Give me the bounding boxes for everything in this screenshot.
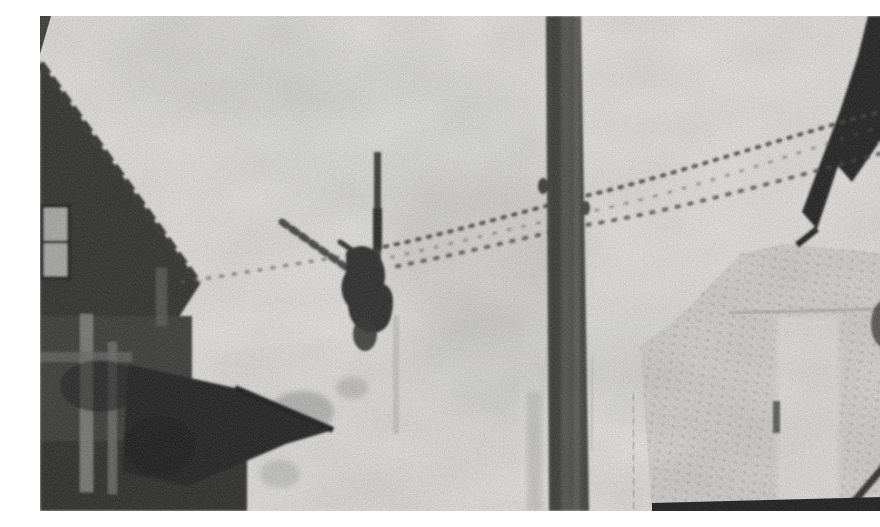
photo-canvas [40, 16, 880, 511]
street-photograph [40, 16, 880, 511]
film-grain [40, 16, 880, 511]
grain-light [40, 16, 880, 511]
